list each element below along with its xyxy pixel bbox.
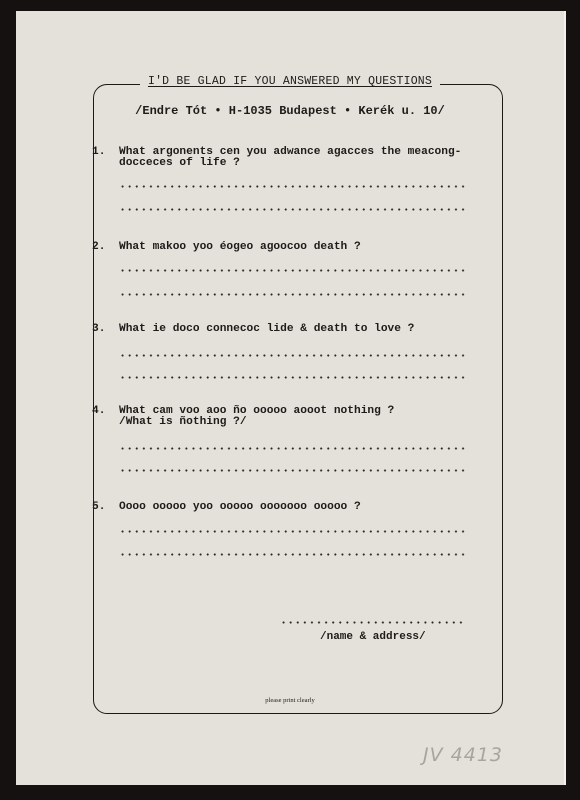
question-number: 4. [92, 406, 105, 417]
answer-line[interactable] [119, 269, 467, 272]
question-number: 2. [92, 242, 105, 253]
answer-line[interactable] [119, 376, 467, 379]
questionnaire-sheet [16, 11, 566, 785]
answer-line[interactable] [119, 208, 467, 211]
question-number: 1. [92, 147, 105, 158]
print-clearly-note: please print clearly [0, 697, 580, 704]
question-text: Oooo ooooo yoo ooooo ooooooo ooooo ? [119, 502, 361, 513]
answer-line[interactable] [119, 469, 467, 472]
question-text: What argonents cen you adwance agacces t… [119, 147, 461, 169]
signature-label: /name & address/ [320, 631, 426, 643]
question-text: What makoo yoo éogeo agoocoo death ? [119, 242, 361, 253]
answer-line[interactable] [119, 530, 467, 533]
answer-line[interactable] [119, 553, 467, 556]
answer-line[interactable] [119, 447, 467, 450]
form-title: I'D BE GLAD IF YOU ANSWERED MY QUESTIONS [0, 75, 580, 88]
form-border [93, 84, 503, 714]
signature-line[interactable] [280, 621, 466, 624]
question-number: 3. [92, 324, 105, 335]
archive-number: JV 4413 [423, 744, 503, 766]
question-number: 5. [92, 502, 105, 513]
answer-line[interactable] [119, 354, 467, 357]
answer-line[interactable] [119, 185, 467, 188]
question-text: What cam voo aoo ño ooooo aooot nothing … [119, 406, 394, 428]
sender-address: /Endre Tót • H-1035 Budapest • Kerék u. … [0, 104, 580, 118]
print-clearly-text: please print clearly [262, 697, 317, 704]
form-title-text: I'D BE GLAD IF YOU ANSWERED MY QUESTIONS [140, 75, 440, 88]
answer-line[interactable] [119, 293, 467, 296]
question-text: What ie doco connecoc lide & death to lo… [119, 324, 414, 335]
